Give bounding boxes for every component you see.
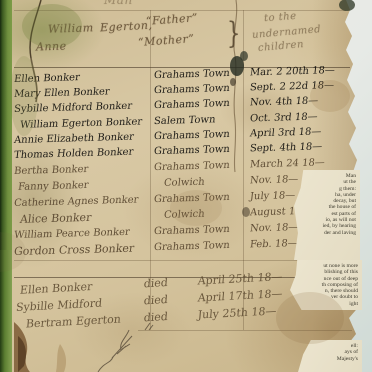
birth-place: Colwich bbox=[149, 174, 245, 192]
father-name: William bbox=[48, 21, 94, 36]
printed-fragment-middle: ut none is more blishing of this nce out… bbox=[290, 260, 362, 310]
birth-place: Grahams Town bbox=[149, 222, 245, 240]
dedication-line-1: to the bbox=[264, 11, 297, 24]
birth-place: Grahams Town bbox=[149, 238, 245, 256]
birth-place: Grahams Town bbox=[149, 158, 245, 176]
surname: Egerton, bbox=[100, 19, 153, 35]
rule-under-deaths bbox=[138, 330, 352, 331]
birth-place: Grahams Town bbox=[149, 190, 245, 208]
scanned-register-page: Man William Anne Egerton, “Father” “Moth… bbox=[0, 0, 372, 372]
died-word: died bbox=[143, 306, 198, 326]
birth-place: Grahams Town bbox=[149, 96, 245, 114]
printed-fragment-upper: Man ut the g them: ha, under decay, but … bbox=[294, 170, 360, 260]
birth-place: Grahams Town bbox=[149, 142, 245, 160]
mother-name: Anne bbox=[36, 39, 67, 53]
header-brace: } bbox=[227, 16, 241, 51]
birth-place: Colwich bbox=[149, 206, 245, 224]
top-cut-handwriting: Man bbox=[104, 0, 133, 7]
